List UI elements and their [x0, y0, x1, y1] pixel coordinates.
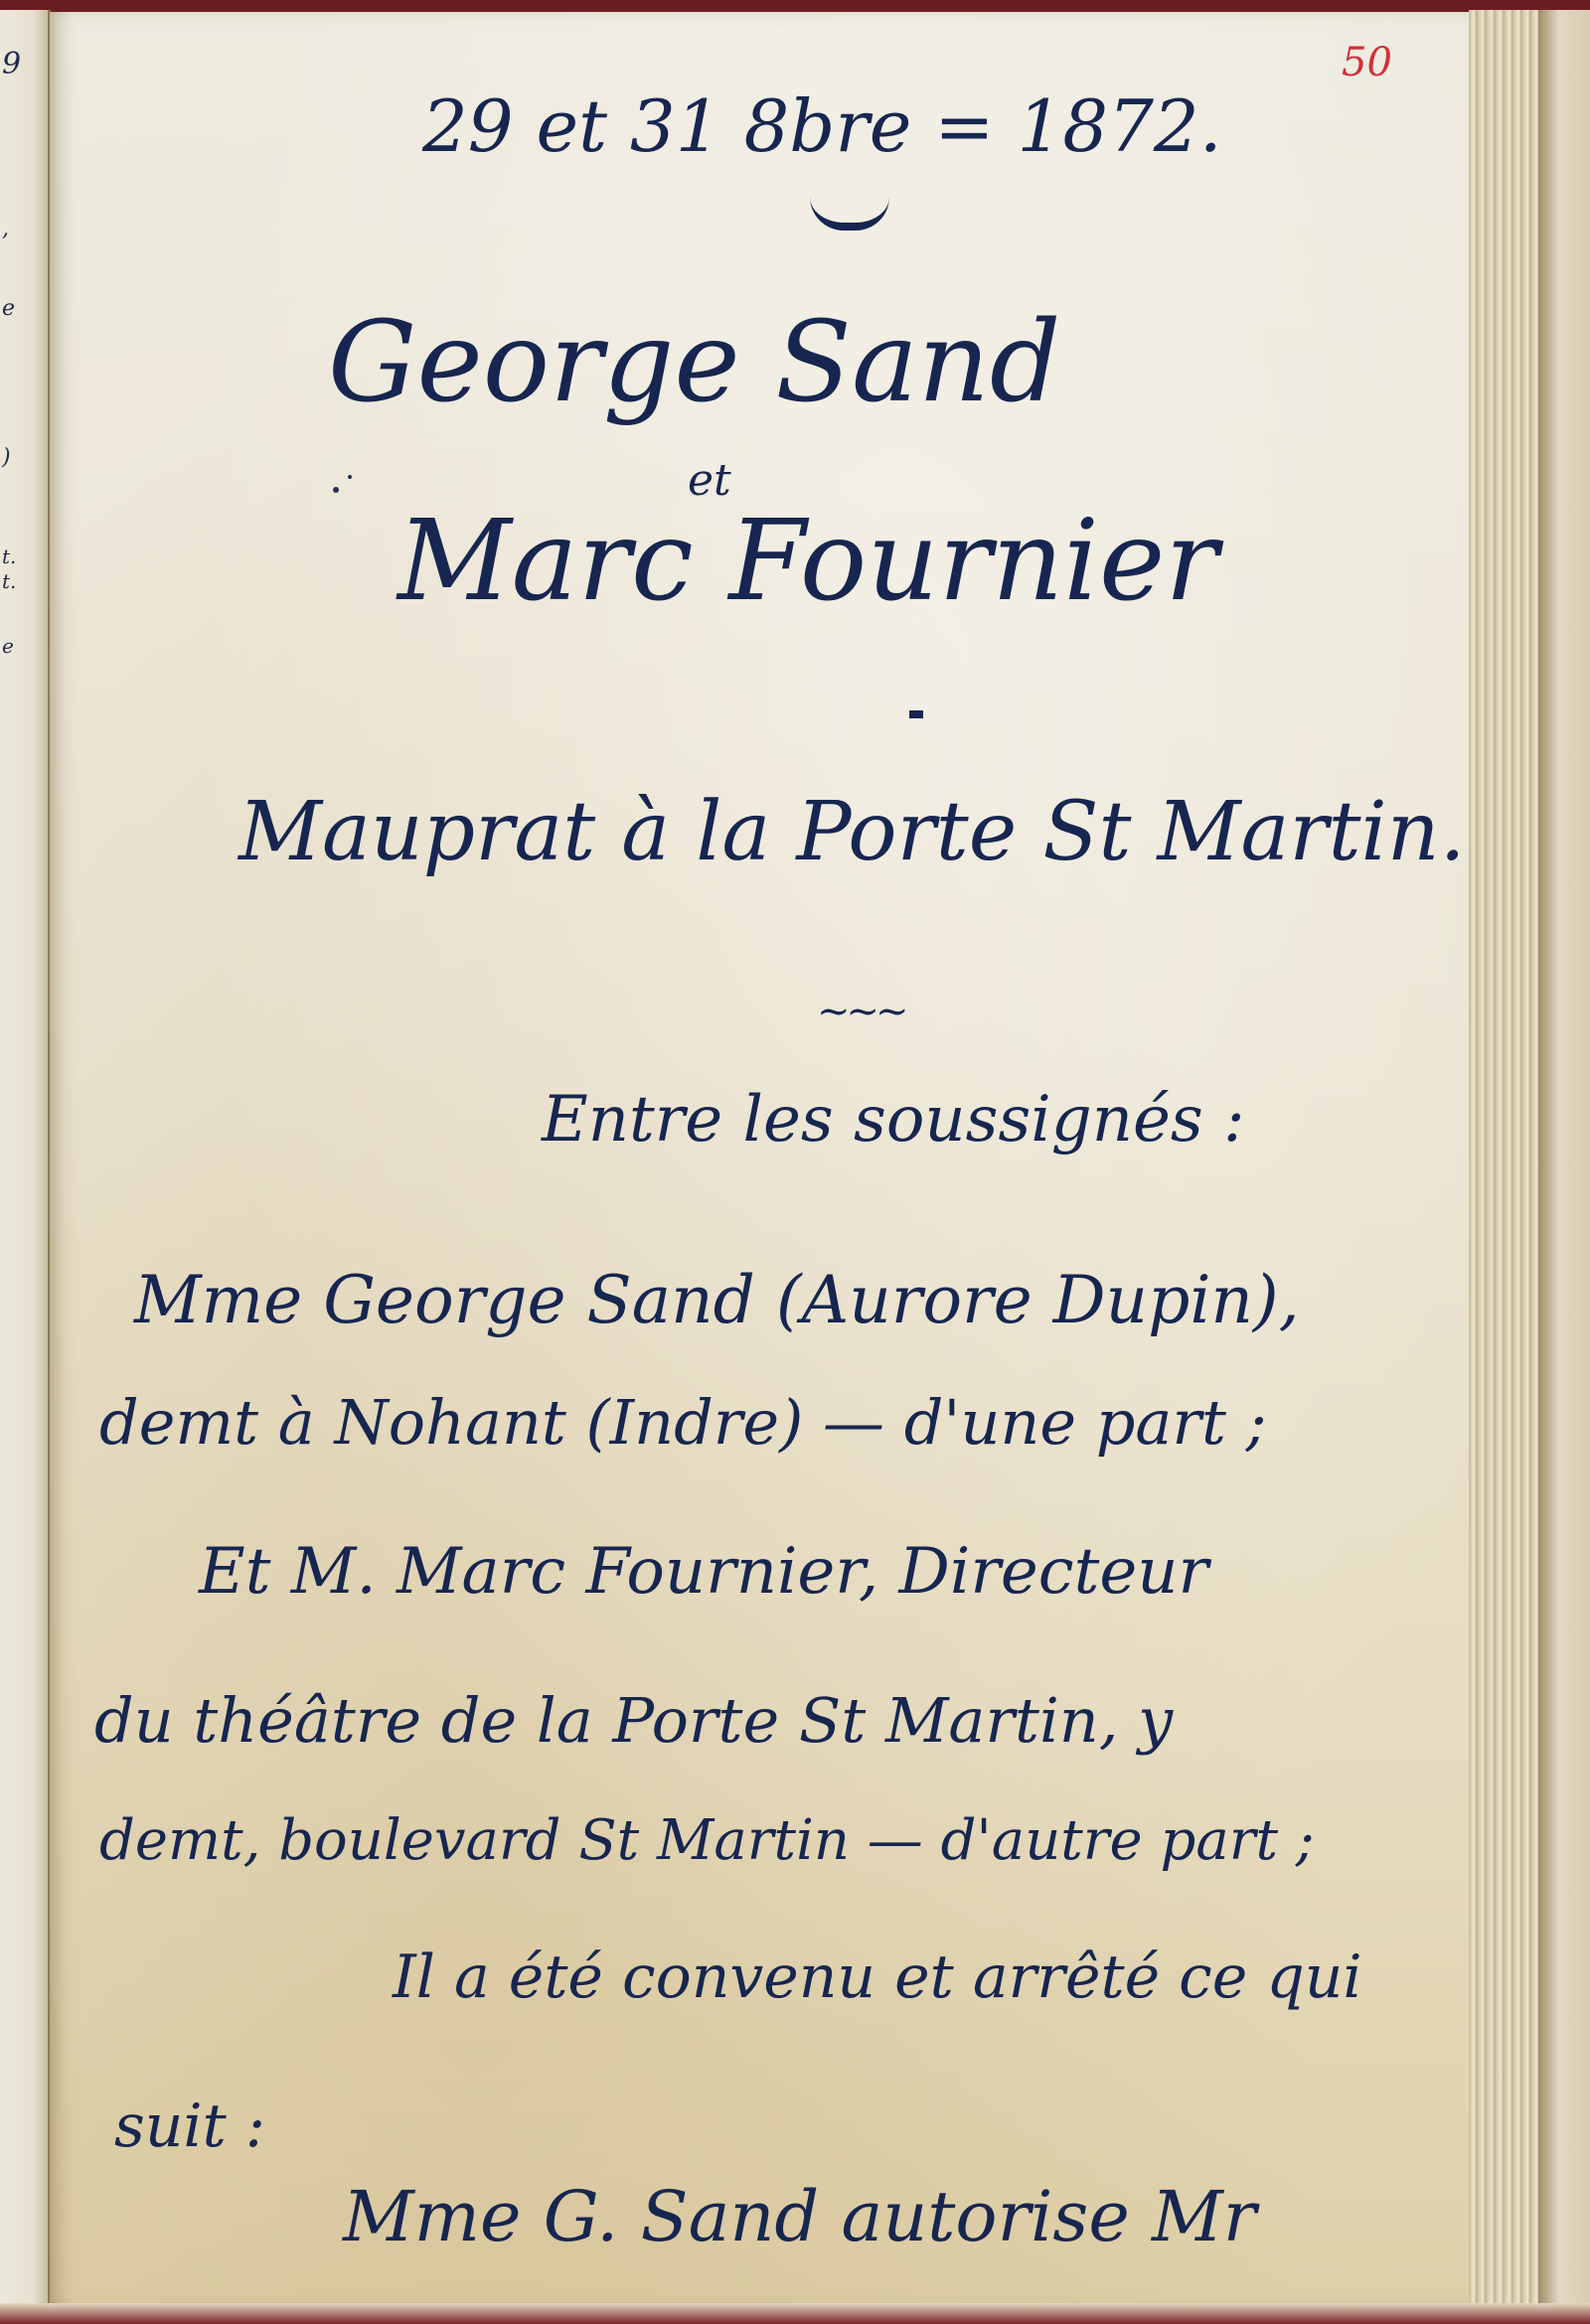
body-line-6: demt, boulevard St Martin — d'autre part… [99, 1808, 1315, 1873]
facing-mark: 9 [2, 50, 21, 79]
body-line-7: Il a été convenu et arrêté ce qui [393, 1942, 1362, 2012]
section-dash [909, 710, 923, 718]
facing-mark: e [2, 298, 15, 320]
body-line-2: Mme George Sand (Aurore Dupin), [134, 1262, 1300, 1338]
body-line-8: suit : [114, 2092, 265, 2161]
facing-mark: t. [2, 571, 16, 591]
facing-mark: ) [2, 447, 11, 469]
body-line-9: Mme G. Sand autorise Mr [343, 2176, 1256, 2257]
facing-mark: , [2, 219, 9, 240]
book-cover-bottom [0, 2303, 1590, 2324]
title-george-sand: George Sand [328, 298, 1061, 427]
facing-page-edge: 9 , e ) t. t. e [0, 10, 51, 2315]
facing-mark: e [2, 636, 14, 656]
page-stack-edges [1469, 10, 1540, 2305]
folio-number: 50 [1342, 40, 1392, 85]
book-fore-edge [1538, 10, 1590, 2305]
body-line-1: Entre les soussignés : [542, 1083, 1245, 1157]
ink-blot [348, 475, 352, 479]
body-line-4: Et M. Marc Fournier, Directeur [199, 1535, 1208, 1609]
separator-flourish: ~~~ [817, 989, 905, 1034]
ink-blot [333, 487, 339, 493]
date-line: 29 et 31 8bre = 1872. [422, 84, 1222, 168]
subtitle-mauprat: Mauprat à la Porte St Martin. [238, 785, 1466, 879]
facing-mark: t. [2, 546, 16, 566]
title-marc-fournier: Marc Fournier [397, 497, 1218, 626]
body-line-3: demt à Nohant (Indre) — d'une part ; [99, 1386, 1267, 1459]
body-line-5: du théâtre de la Porte St Martin, y [94, 1684, 1173, 1757]
